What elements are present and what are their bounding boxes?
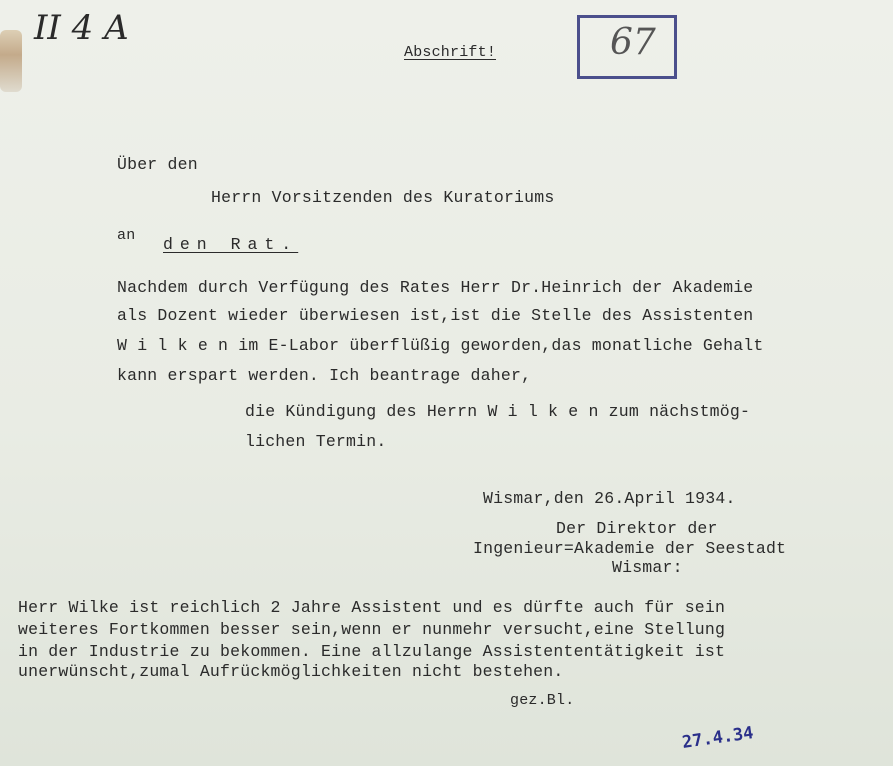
handwritten-file-reference: II 4 A: [34, 8, 129, 48]
note-line: weiteres Fortkommen besser sein,wenn er …: [18, 620, 725, 639]
signatory-title-3: Wismar:: [612, 558, 683, 577]
paper-stain: [0, 30, 22, 92]
signatory-title-1: Der Direktor der: [556, 519, 718, 538]
signatory-title-2: Ingenieur=Akademie der Seestadt: [473, 539, 786, 558]
address-line-1: Über den: [117, 155, 198, 174]
body-line: als Dozent wieder überwiesen ist,ist die…: [117, 306, 753, 325]
place-date: Wismar,den 26.April 1934.: [483, 489, 736, 508]
request-line: die Kündigung des Herrn W i l k e n zum …: [245, 402, 750, 421]
address-line-2: Herrn Vorsitzenden des Kuratoriums: [211, 188, 554, 207]
body-line: kann erspart werden. Ich beantrage daher…: [117, 366, 531, 385]
address-prefix: an: [117, 227, 135, 244]
stamp-number: 67: [610, 22, 656, 63]
document-title: Abschrift!: [404, 44, 496, 61]
note-line: in der Industrie zu bekommen. Eine allzu…: [18, 642, 725, 661]
body-line: Nachdem durch Verfügung des Rates Herr D…: [117, 278, 753, 297]
body-line: W i l k e n im E-Labor überflüßig geword…: [117, 336, 764, 355]
request-line: lichen Termin.: [245, 432, 386, 451]
address-recipient: den Rat.: [163, 235, 298, 254]
received-date-stamp: 27.4.34: [681, 723, 755, 753]
note-signature: gez.Bl.: [510, 692, 574, 709]
note-line: Herr Wilke ist reichlich 2 Jahre Assiste…: [18, 598, 725, 617]
note-line: unerwünscht,zumal Aufrückmöglichkeiten n…: [18, 662, 564, 681]
